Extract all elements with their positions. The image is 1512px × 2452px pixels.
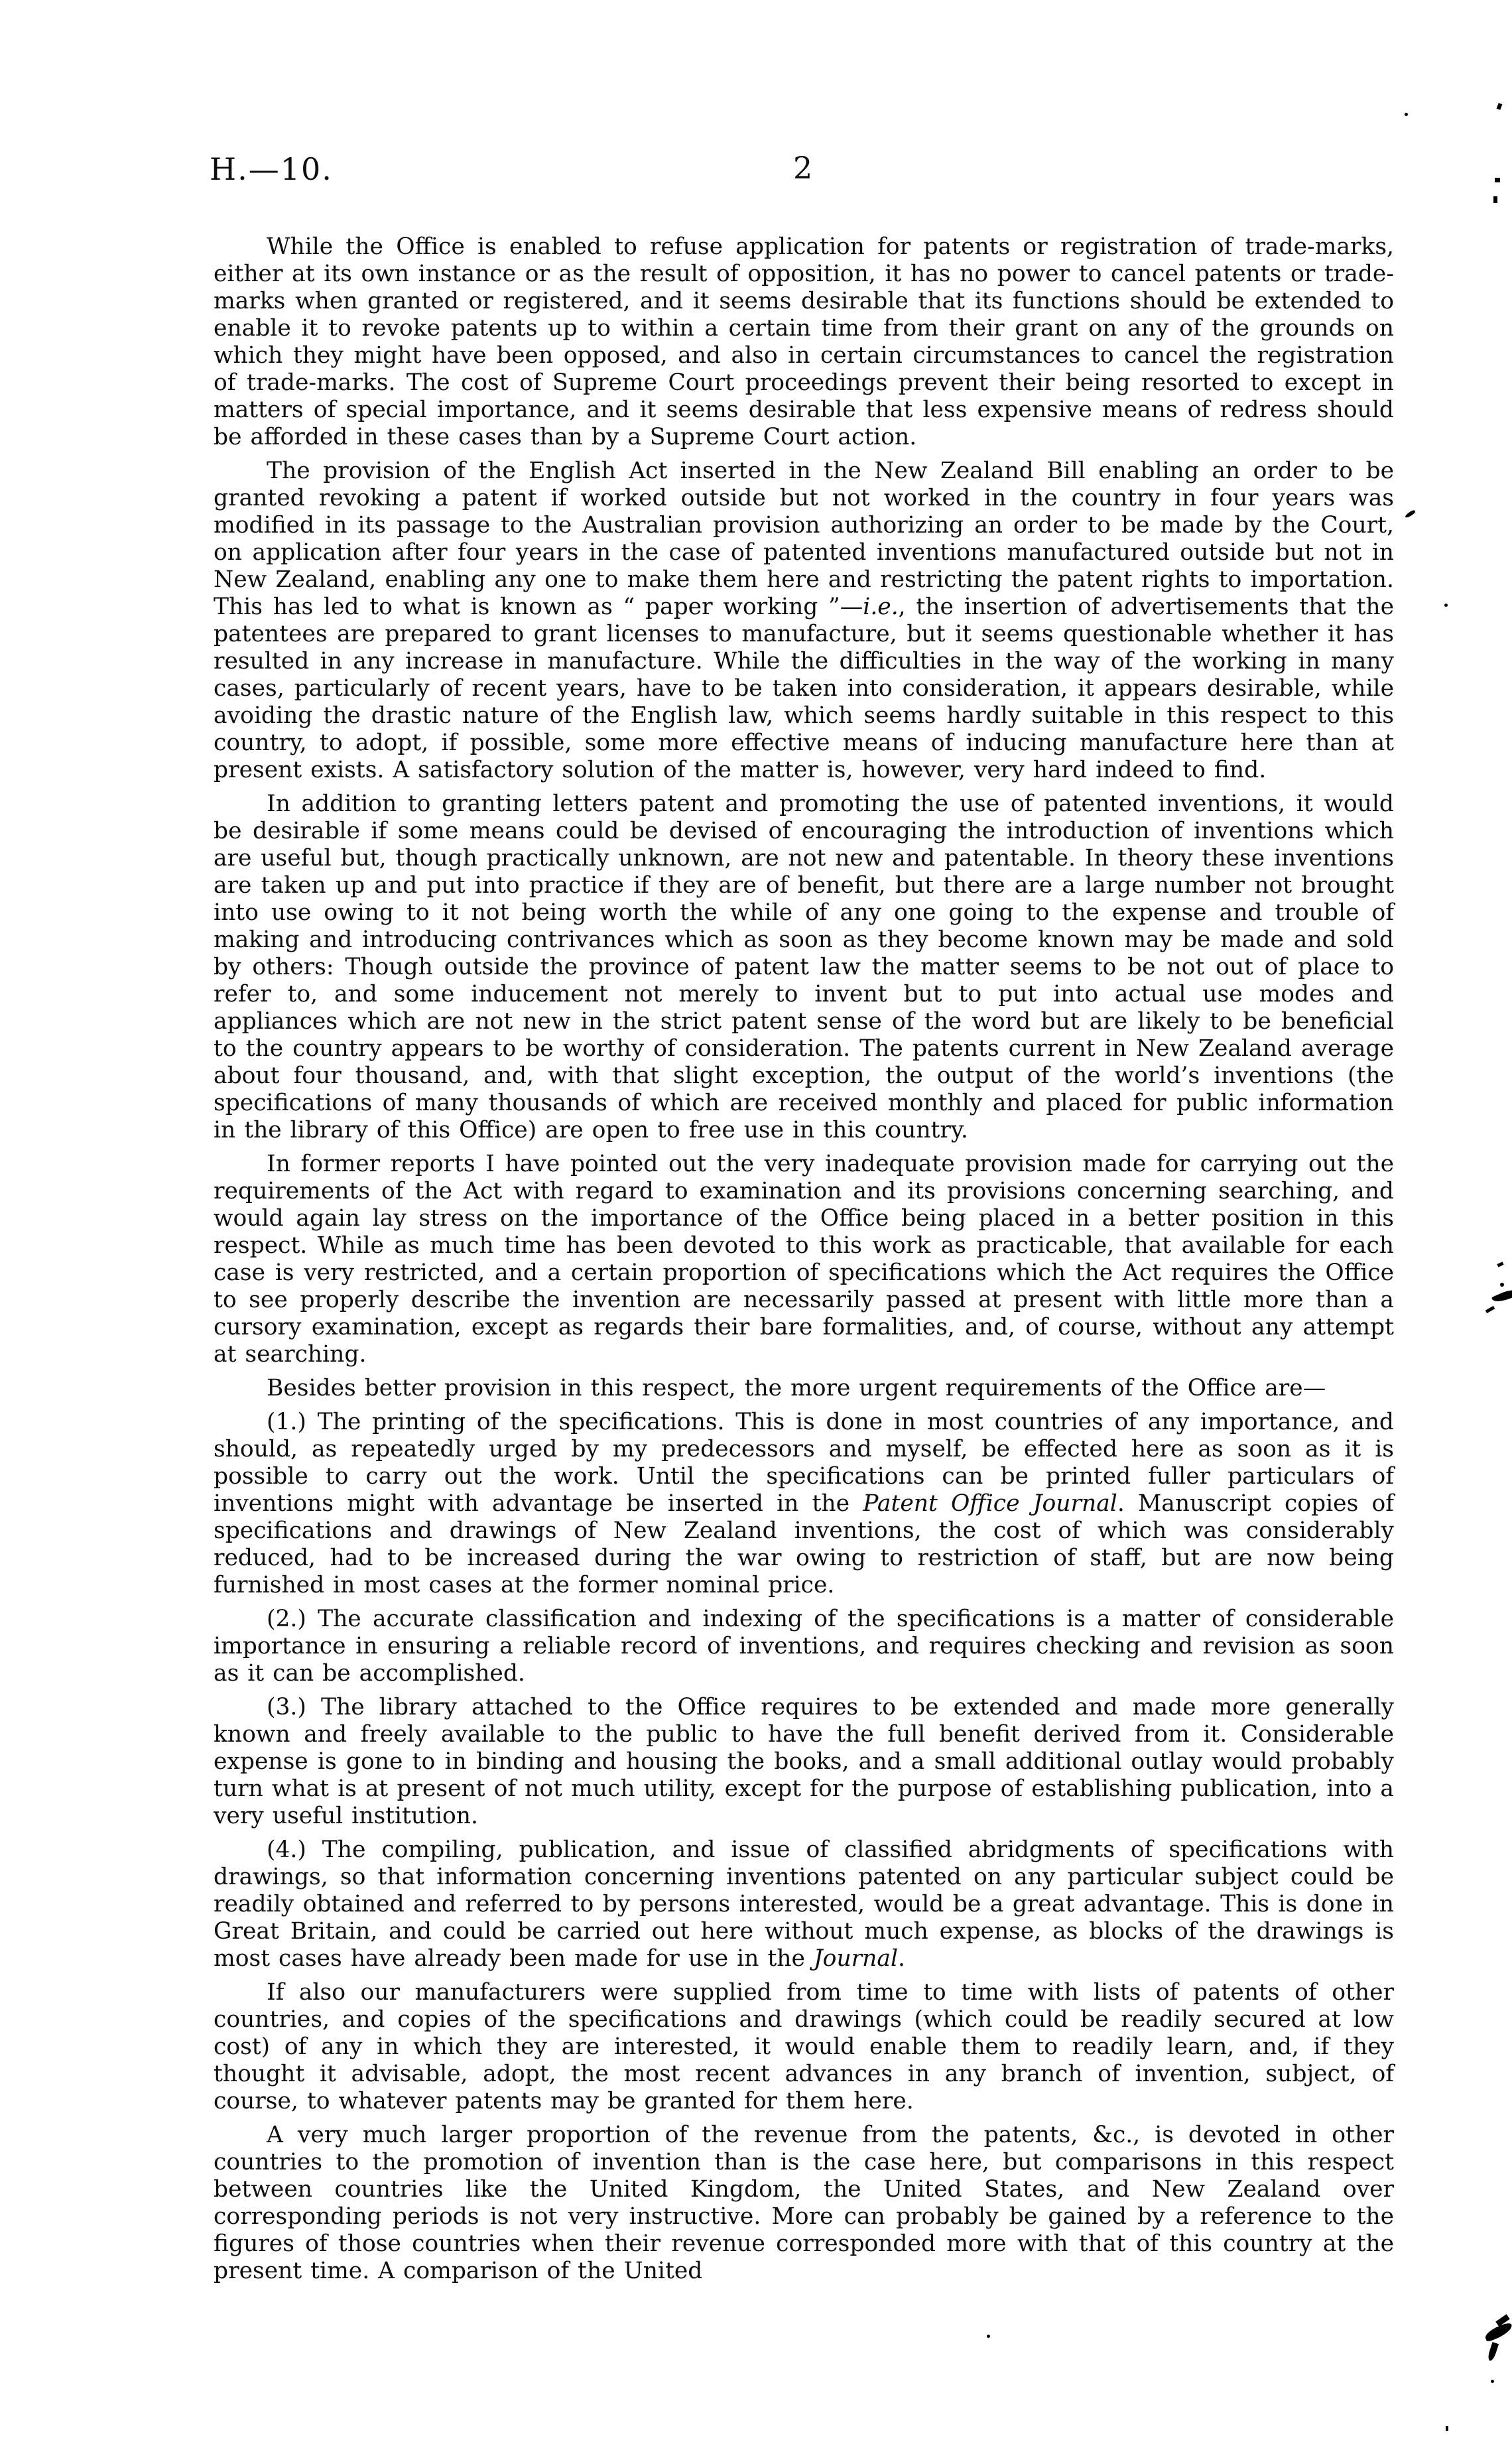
ink-mark	[1485, 1306, 1495, 1313]
paragraph-encouraging-inventions: In addition to granting letters patent a…	[214, 791, 1394, 1144]
ink-speck	[1497, 1261, 1503, 1267]
ink-speck	[1444, 604, 1448, 607]
ink-speck	[1446, 2426, 1448, 2431]
paragraph-urgent-requirements: Besides better provision in this respect…	[214, 1375, 1394, 1402]
ink-speck	[1405, 113, 1408, 116]
text-run: (4.) The compiling, publication, and iss…	[214, 1837, 1394, 1972]
ink-speck	[1493, 196, 1497, 203]
text-run: If also our manufacturers were supplied …	[214, 1979, 1394, 2114]
body-text-column: While the Office is enabled to refuse ap…	[214, 233, 1394, 2291]
scanned-document-page: H.—10. 2 While the Office is enabled to …	[0, 0, 1512, 2452]
text-run: .	[898, 1945, 905, 1972]
paragraph-item-2-classification: (2.) The accurate classification and ind…	[214, 1606, 1394, 1687]
ink-speck	[987, 2335, 990, 2338]
ink-mark	[1487, 2342, 1499, 2362]
italic-text-run: Journal	[814, 1945, 898, 1972]
ink-mark	[1405, 509, 1416, 519]
text-run: While the Office is enabled to refuse ap…	[214, 233, 1394, 450]
paragraph-manufacturers-lists: If also our manufacturers were supplied …	[214, 1979, 1394, 2115]
paragraph-paper-working: The provision of the English Act inserte…	[214, 458, 1394, 784]
text-run: , the insertion of advertisements that t…	[214, 594, 1394, 783]
ink-mark	[1491, 1287, 1512, 1305]
text-run: Besides better provision in this respect…	[267, 1375, 1326, 1401]
paragraph-examination-provision: In former reports I have pointed out the…	[214, 1151, 1394, 1368]
text-run: In former reports I have pointed out the…	[214, 1151, 1394, 1368]
ink-speck	[1500, 1283, 1504, 1287]
paragraph-item-4-abridgments: (4.) The compiling, publication, and iss…	[214, 1837, 1394, 1972]
text-run: (3.) The library attached to the Office …	[214, 1694, 1394, 1829]
italic-text-run: i.e.	[863, 594, 898, 620]
ink-speck	[1495, 178, 1500, 182]
italic-text-run: Patent Office Journal	[863, 1490, 1117, 1517]
text-run: In addition to granting letters patent a…	[214, 791, 1394, 1143]
text-run: A very much larger proportion of the rev…	[214, 2122, 1394, 2284]
page-number: 2	[793, 150, 812, 186]
text-run: (2.) The accurate classification and ind…	[214, 1606, 1394, 1687]
paragraph-item-3-library: (3.) The library attached to the Office …	[214, 1694, 1394, 1830]
paragraph-cancellation-powers: While the Office is enabled to refuse ap…	[214, 233, 1394, 451]
ink-speck	[1491, 2380, 1494, 2383]
ink-speck	[1497, 103, 1503, 110]
document-reference: H.—10.	[210, 151, 333, 187]
paragraph-revenue-comparison: A very much larger proportion of the rev…	[214, 2122, 1394, 2285]
paragraph-item-1-printing: (1.) The printing of the specifications.…	[214, 1409, 1394, 1599]
